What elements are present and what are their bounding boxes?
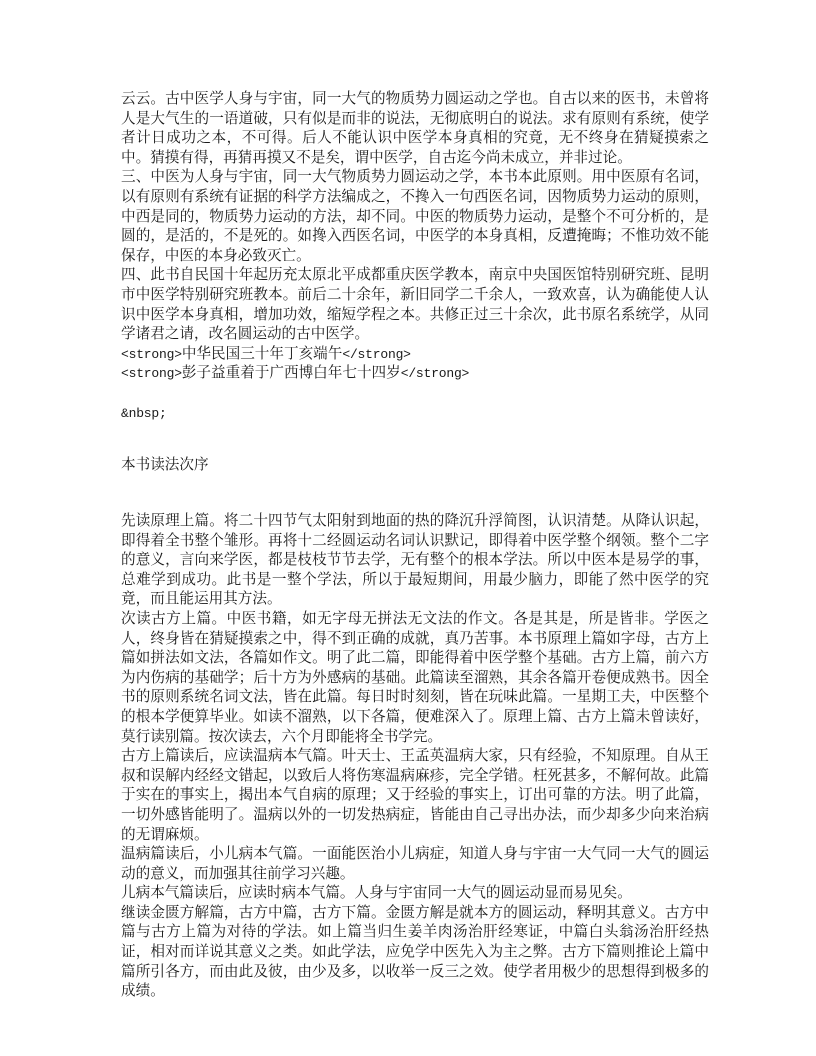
- paragraph-intro-3: 四、此书自民国十年起历充太原北平成都重庆医学教本，南京中央国医馆特别研究班、昆明…: [121, 266, 709, 344]
- nbsp-text: &nbsp;: [121, 406, 167, 421]
- raw-strong-close-tag: </strong>: [342, 347, 410, 362]
- paragraph-intro-1: 云云。古中医学人身与宇宙，同一大气的物质势力圆运动之学也。自古以来的医书，未曾将…: [121, 90, 709, 168]
- paragraph-reading-5: 儿病本气篇读后，应读时病本气篇。人身与宇宙同一大气的圆运动显而易见矣。: [121, 884, 709, 904]
- document-body: 云云。古中医学人身与宇宙，同一大气的物质势力圆运动之学也。自古以来的医书，未曾将…: [121, 90, 709, 423]
- paragraph-reading-1: 先读原理上篇。将二十四节气太阳射到地面的热的降沉升浮简图，认识清楚。从降认识起，…: [121, 512, 709, 610]
- signature-date-line: <strong>中华民国三十年丁亥端午</strong>: [121, 345, 709, 365]
- raw-nbsp-entity: &nbsp;: [121, 404, 709, 424]
- raw-strong-open-tag: <strong>: [121, 366, 182, 381]
- paragraph-reading-2: 次读古方上篇。中医书籍，如无字母无拼法无文法的作文。各是其是，所是皆非。学医之人…: [121, 610, 709, 747]
- paragraph-intro-2: 三、中医为人身与宇宙，同一大气物质势力圆运动之学，本书本此原则。用中医原有名词，…: [121, 168, 709, 266]
- signature-date-text: 中华民国三十年丁亥端午: [182, 346, 343, 362]
- raw-strong-open-tag: <strong>: [121, 347, 182, 362]
- raw-strong-close-tag: </strong>: [401, 366, 469, 381]
- reading-order-section: 先读原理上篇。将二十四节气太阳射到地面的热的降沉升浮简图，认识清楚。从降认识起，…: [121, 512, 709, 1002]
- paragraph-reading-4: 温病篇读后，小儿病本气篇。一面能医治小儿病症，知道人身与宇宙一大气同一大气的圆运…: [121, 845, 709, 884]
- paragraph-reading-6: 继读金匮方解篇，古方中篇，古方下篇。金匮方解是就本方的圆运动，释明其意义。古方中…: [121, 904, 709, 1002]
- signature-author-text: 彭子益重着于广西博白年七十四岁: [182, 365, 401, 381]
- section-heading: 本书读法次序: [121, 456, 209, 476]
- paragraph-reading-3: 古方上篇读后，应读温病本气篇。叶天士、王孟英温病大家，只有经验，不知原理。自从王…: [121, 747, 709, 845]
- signature-author-line: <strong>彭子益重着于广西博白年七十四岁</strong>: [121, 364, 709, 384]
